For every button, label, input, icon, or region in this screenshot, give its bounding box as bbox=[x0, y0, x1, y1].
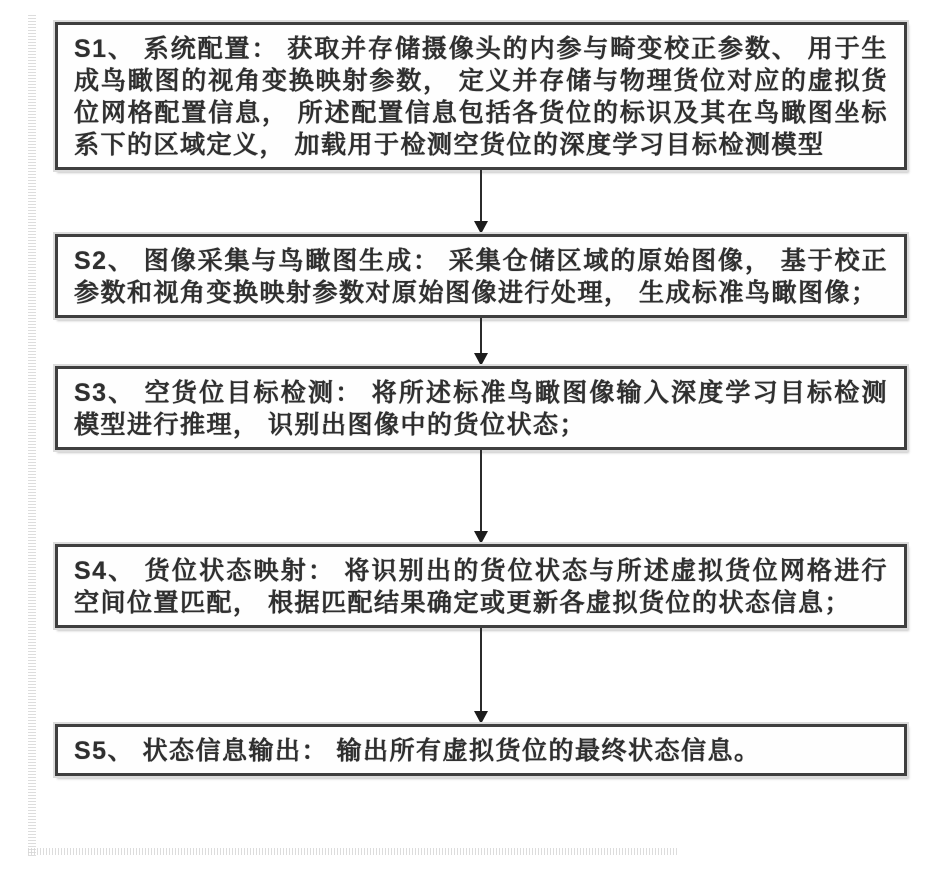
step-s4-text: S4、 货位状态映射： 将识别出的货位状态与所述虚拟货位网格进行空间位置匹配， … bbox=[74, 555, 888, 619]
flow-arrow-1 bbox=[55, 170, 907, 234]
arrow-line bbox=[480, 450, 482, 532]
step-s2-text: S2、 图像采集与鸟瞰图生成： 采集仓储区域的原始图像， 基于校正参数和视角变换… bbox=[74, 245, 888, 309]
arrow-line bbox=[480, 170, 482, 222]
arrow-head-icon bbox=[474, 221, 488, 234]
flow-arrow-2 bbox=[55, 318, 907, 366]
arrow-line bbox=[480, 318, 482, 354]
step-s1-text: S1、 系统配置： 获取并存储摄像头的内参与畸变校正参数、 用于生成鸟瞰图的视角… bbox=[74, 33, 888, 161]
flowchart: S1、 系统配置： 获取并存储摄像头的内参与畸变校正参数、 用于生成鸟瞰图的视角… bbox=[55, 22, 907, 776]
scan-artifact-bottom bbox=[28, 848, 678, 855]
scan-artifact-left bbox=[28, 14, 36, 856]
arrow-head-icon bbox=[474, 353, 488, 366]
step-box-s3: S3、 空货位目标检测： 将所述标准鸟瞰图像输入深度学习目标检测模型进行推理， … bbox=[55, 366, 907, 450]
step-box-s2: S2、 图像采集与鸟瞰图生成： 采集仓储区域的原始图像， 基于校正参数和视角变换… bbox=[55, 234, 907, 318]
flow-arrow-3 bbox=[55, 450, 907, 544]
step-box-s1: S1、 系统配置： 获取并存储摄像头的内参与畸变校正参数、 用于生成鸟瞰图的视角… bbox=[55, 22, 907, 170]
arrow-head-icon bbox=[474, 531, 488, 544]
arrow-line bbox=[480, 628, 482, 712]
patent-flowchart-figure: S1、 系统配置： 获取并存储摄像头的内参与畸变校正参数、 用于生成鸟瞰图的视角… bbox=[0, 0, 941, 891]
flow-arrow-4 bbox=[55, 628, 907, 724]
step-box-s5: S5、 状态信息输出： 输出所有虚拟货位的最终状态信息。 bbox=[55, 724, 907, 776]
step-box-s4: S4、 货位状态映射： 将识别出的货位状态与所述虚拟货位网格进行空间位置匹配， … bbox=[55, 544, 907, 628]
step-s5-text: S5、 状态信息输出： 输出所有虚拟货位的最终状态信息。 bbox=[74, 735, 888, 767]
step-s3-text: S3、 空货位目标检测： 将所述标准鸟瞰图像输入深度学习目标检测模型进行推理， … bbox=[74, 377, 888, 441]
arrow-head-icon bbox=[474, 711, 488, 724]
